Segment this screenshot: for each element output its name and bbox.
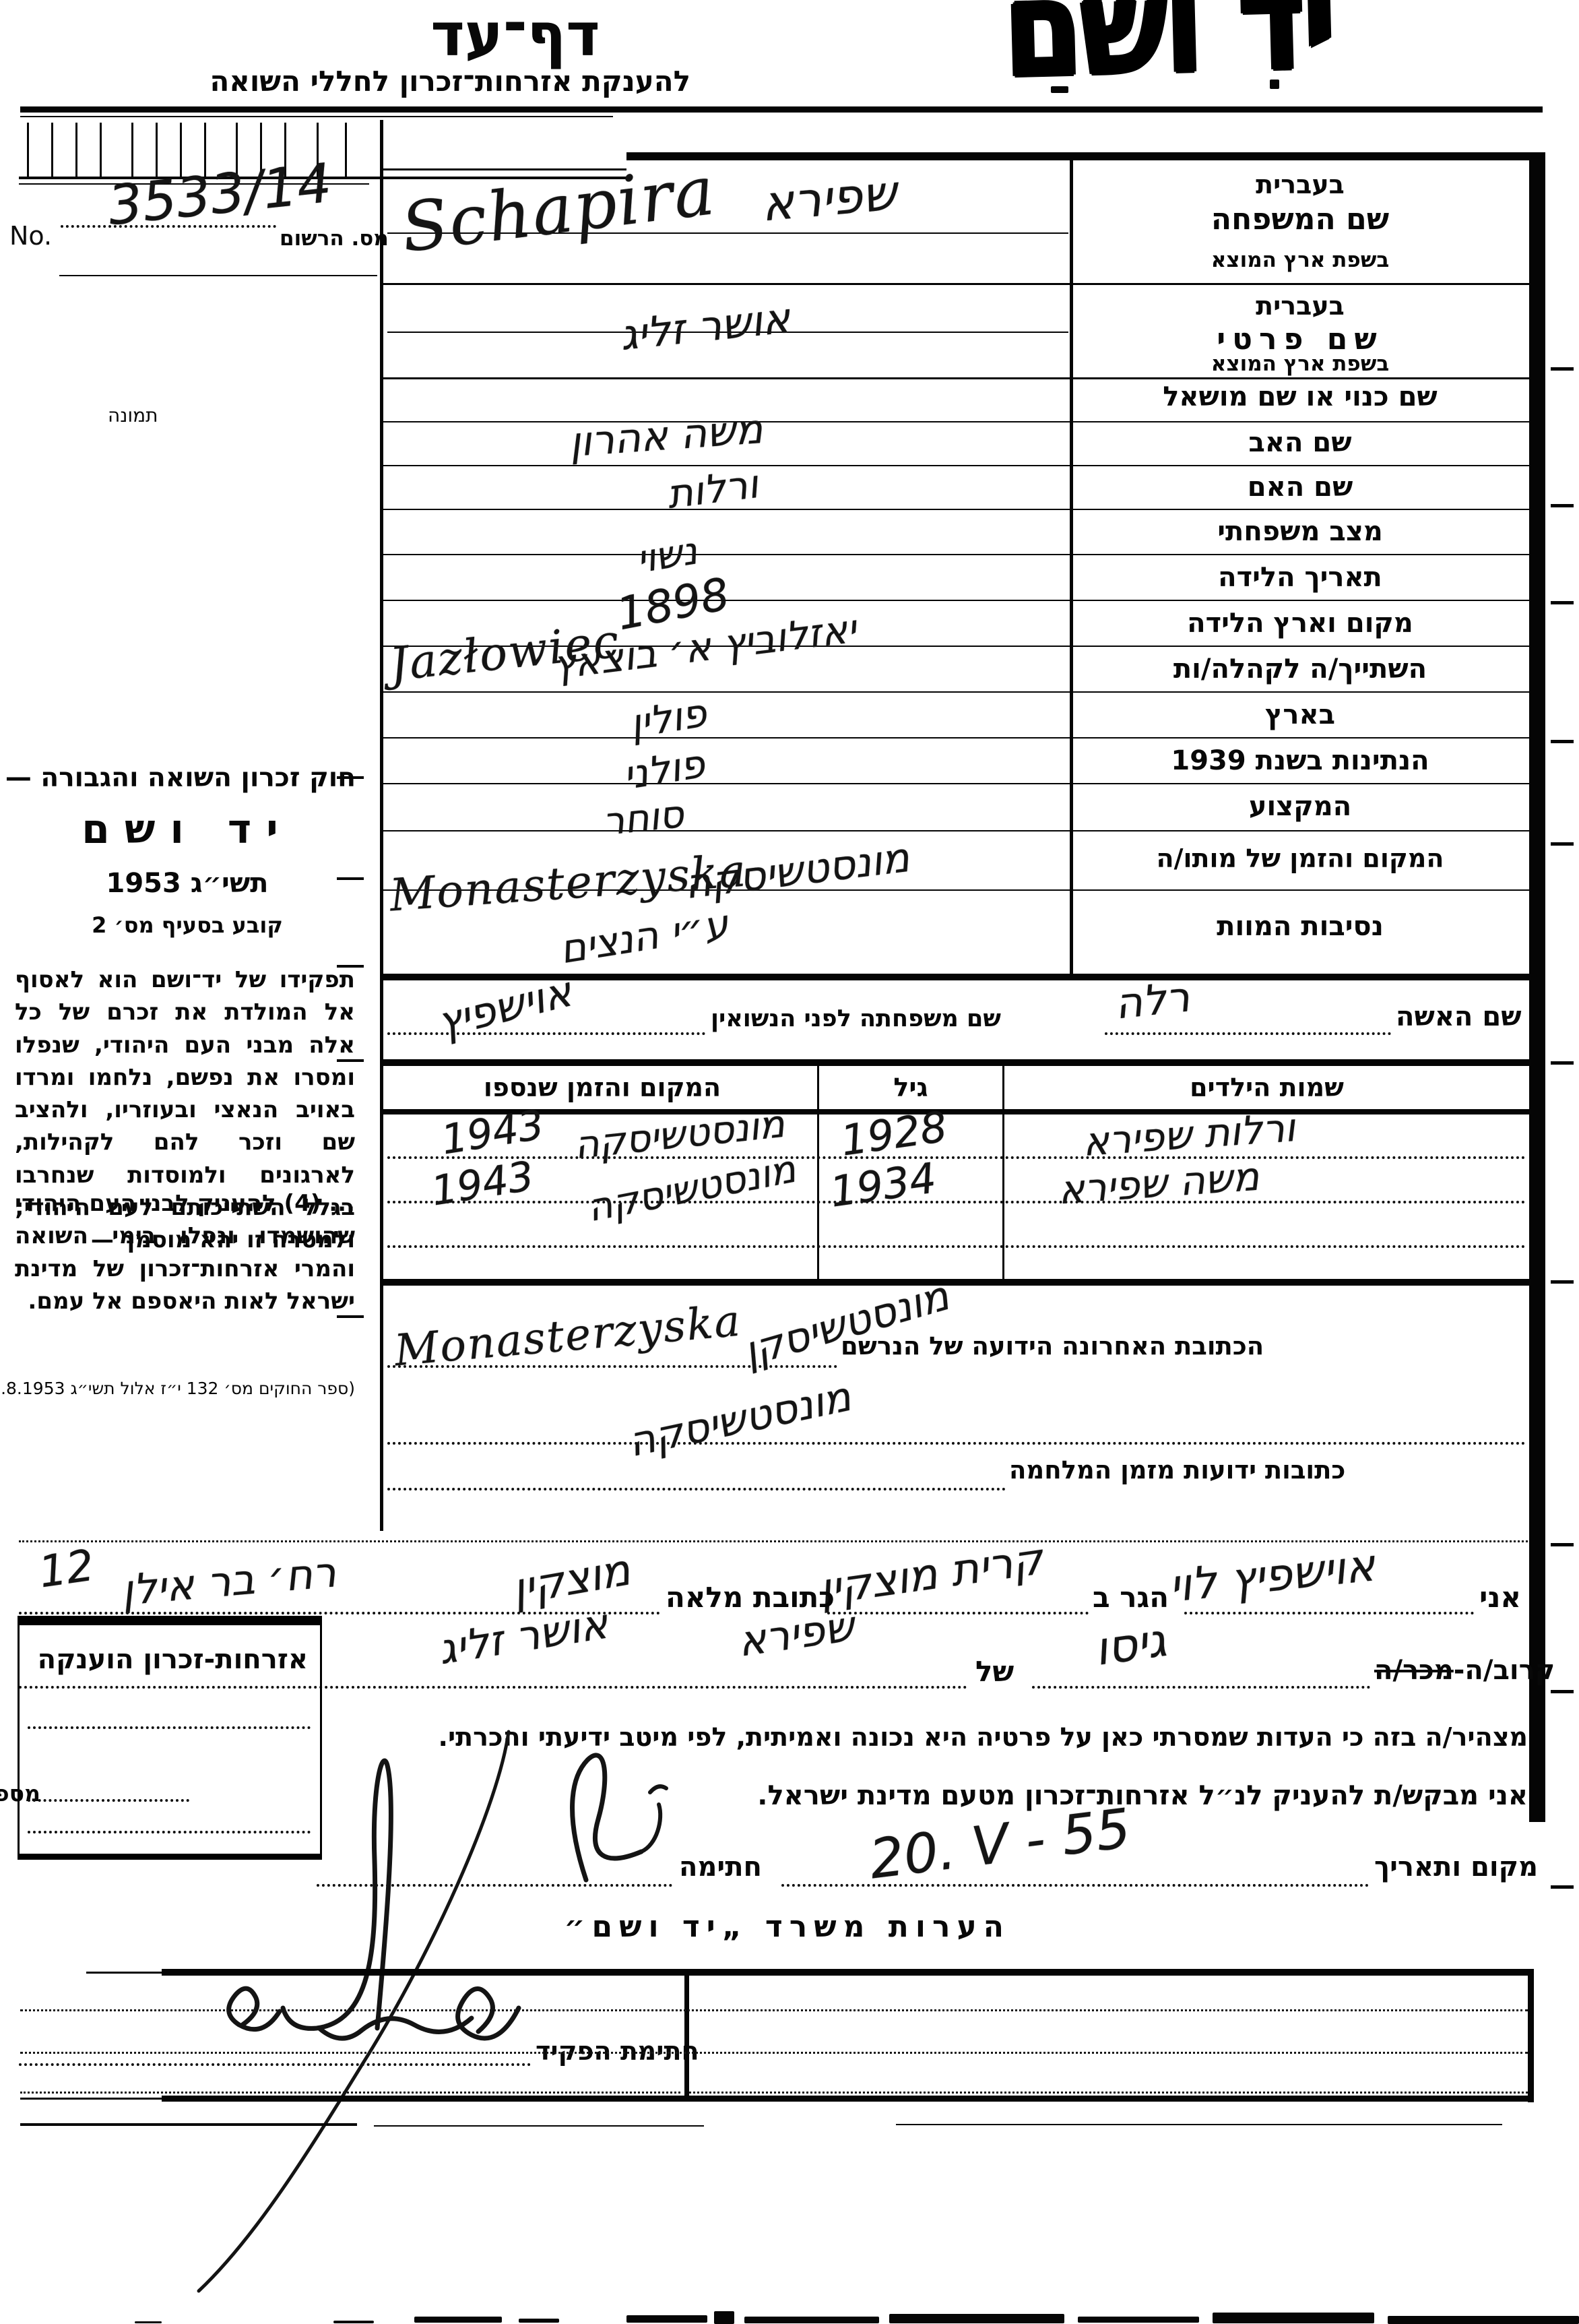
field-10-label: הנתינות בשנת 1939	[1078, 745, 1522, 776]
field-0-top: בעברית	[1078, 170, 1522, 199]
signature-label: חתימה	[679, 1852, 762, 1883]
row-line-3	[383, 465, 1529, 466]
field-1-top: בעברית	[1078, 291, 1522, 321]
war-address-dotted	[387, 1488, 1006, 1490]
field-10-value: פולני	[620, 741, 707, 798]
field-7-label: מקום וארץ הלידה	[1078, 608, 1522, 639]
last-address-latin: Monasterzyska	[393, 1296, 744, 1377]
field-0-label: שם המשפחה	[1078, 202, 1522, 237]
decl-request: אני מבקש/ת להעניק לנ״ל אזרחות־זכרון מטעם…	[492, 1780, 1528, 1811]
law-paragraph-2: ... (4) להעניק לבני העם היהודי שהושמדו ו…	[15, 1187, 355, 1317]
decl-full-addr-value-2: רח׳ בר אילן	[119, 1547, 337, 1615]
place-date-label: מקום ותאריך	[1374, 1852, 1538, 1883]
field-11-label: המקצוע	[1078, 791, 1522, 822]
decl-residing-label: הגר ב	[1093, 1581, 1169, 1614]
law-yad-vashem: יד ושם	[19, 806, 356, 853]
notes-dotted-3a	[20, 2092, 680, 2094]
field-2-label: שם כנוי או שם מושאל	[1078, 381, 1522, 412]
photo-label: תמונה	[108, 404, 158, 427]
law-footnote: (ספר החוקים מס׳ 132 י״ז אלול תשי״ג 28.8.…	[15, 1379, 355, 1398]
yad-vashem-logo-text: יד ושם	[1002, 0, 1335, 88]
reg-label: מס. הרשום	[280, 226, 389, 251]
office-notes-label: הערות משרד „יד ושם״	[593, 1910, 1010, 1944]
header-rule-2	[20, 116, 613, 117]
children-row-line-2	[387, 1201, 1526, 1203]
field-5-label: מצב משפחתי	[1078, 516, 1522, 547]
law-section: קובע בסעיף מס׳ 2	[19, 912, 356, 938]
decl-of-label: של	[975, 1655, 1014, 1688]
row-line-0	[383, 283, 1529, 285]
field-12-label: המקום והזמן של מותו/ה	[1078, 844, 1522, 873]
wife-maiden-label: שם משפחתה לפני הנשואין	[711, 1005, 1001, 1032]
logo-speck-1	[1051, 86, 1068, 93]
child-2-year: 1943	[428, 1152, 537, 1215]
clerk-signature-dotted	[19, 2063, 531, 2066]
law-year: תשי״ג 1953	[19, 868, 356, 899]
wife-maiden-dotted	[387, 1032, 705, 1035]
decl-rel-label-a: קרוב/ה	[1464, 1655, 1555, 1686]
no-underline	[59, 275, 377, 276]
row-line-11	[383, 830, 1529, 831]
notes-box-bottom-ext	[20, 2098, 162, 2100]
children-table-top	[383, 1059, 1529, 1066]
granted-dotted-1	[28, 1726, 311, 1729]
children-table-bottom	[383, 1279, 1529, 1286]
place-date-dotted	[781, 1884, 1369, 1887]
form-top-rule	[626, 152, 1543, 160]
registration-number-handwritten: 3533/14	[105, 152, 334, 237]
granted-dotted-2	[28, 1799, 189, 1802]
stray-line-1	[20, 2123, 357, 2126]
clerk-signature-label: חתימת הפקיד	[536, 2036, 699, 2066]
decl-statement: מצהיר/ה בזה כי העדות שמסרתי כאן על פרטיה…	[296, 1722, 1528, 1752]
field-11-value: סוחר	[601, 792, 686, 844]
decl-rel-dotted	[1032, 1686, 1370, 1689]
children-table-header-bottom	[383, 1109, 1529, 1114]
notes-box-top	[162, 1969, 1529, 1976]
decl-rel-label-b: מכר/ה	[1374, 1655, 1454, 1686]
field-13-value: ע״י הנצים	[556, 901, 732, 973]
law-heading: חוק זכרון השואה והגבורה —	[19, 763, 356, 793]
decl-rel-value: גיסו	[1091, 1614, 1169, 1676]
granted-dotted-3	[28, 1831, 311, 1833]
notes-dotted-1	[20, 2009, 1528, 2011]
section-dotted-long	[19, 1540, 1528, 1542]
children-header-place: המקום והזמן שנספו	[387, 1073, 817, 1102]
row-line-5	[383, 554, 1529, 555]
no-label: No.	[9, 221, 52, 251]
children-header-names: שמות הילדים	[1004, 1073, 1529, 1102]
field-8-label: השתייך/ה לקהלה/ות	[1078, 654, 1522, 685]
field-1-bottom: בשפת ארץ המוצא	[1078, 352, 1522, 376]
row-line-6	[383, 600, 1529, 601]
row-line-4	[383, 509, 1529, 510]
stray-line-2	[374, 2125, 704, 2127]
granted-no-label: מספר No.	[0, 1780, 40, 1807]
field-9-label: בארץ	[1078, 699, 1522, 730]
yad-vashem-logo: יד ושם	[942, 0, 1335, 88]
signature-dotted	[317, 1884, 672, 1887]
stray-line-3	[896, 2124, 1502, 2125]
row-line-9	[383, 737, 1529, 739]
granted-title: אזרחות-זכרון הוענקה	[38, 1644, 308, 1675]
row-line-1	[383, 377, 1529, 379]
field-1-value-hebrew: אושר זליג	[618, 293, 792, 360]
page-title: דף־עד	[404, 0, 626, 69]
notes-dotted-3b	[689, 2092, 1528, 2094]
field-6-label: תאריך הלידה	[1078, 562, 1522, 593]
children-row-line-1	[387, 1156, 1526, 1159]
address-dotted-2	[387, 1442, 1526, 1445]
granted-box: אזרחות-זכרון הוענקה מספר No.	[18, 1616, 322, 1860]
decl-rel-label: קרוב/ה-מכר/ה	[1374, 1655, 1555, 1686]
last-address-label: הכתובת האחרונה הידועה של הנרשם	[841, 1331, 1264, 1360]
notes-box-center-divider	[684, 1976, 689, 2097]
last-address-hebrew-2: מונסטשיסקה	[624, 1373, 855, 1466]
children-row-line-3	[387, 1245, 1526, 1248]
children-header-age: גיל	[819, 1073, 1002, 1102]
field-0-bottom: בשפת ארץ המוצא	[1078, 248, 1522, 272]
decl-residing-dotted	[827, 1612, 1089, 1614]
row-line-10	[383, 783, 1529, 784]
logo-speck-2	[1270, 80, 1279, 89]
decl-i-label: אני	[1479, 1581, 1521, 1614]
wife-value: רלה	[1112, 972, 1192, 1028]
decl-name-dotted	[1184, 1612, 1474, 1614]
form-left-border	[380, 120, 383, 1531]
decl-witness-name: אוישפיץ לוי	[1167, 1539, 1378, 1612]
page-subtitle: להענקת אזרחות־זכרון לחללי השואה	[212, 65, 690, 98]
header-rule	[20, 106, 1543, 113]
testimony-page: דף־עד להענקת אזרחות־זכרון לחללי השואה יד…	[0, 0, 1579, 2324]
decl-rel-label-sep: -	[1454, 1655, 1465, 1686]
row-line-2	[383, 421, 1529, 422]
notes-dotted-2	[20, 2052, 1528, 2054]
field-0-value-hebrew: שפירא	[759, 164, 899, 232]
wife-dotted	[1105, 1032, 1391, 1035]
notes-box-right	[1528, 1969, 1534, 2102]
wife-label: שם האשה	[1396, 1001, 1522, 1032]
granted-no-he: מספר	[0, 1780, 40, 1807]
row-line-8	[383, 691, 1529, 693]
field-3-value: משה אהרון	[568, 406, 765, 466]
decl-residing-value: קרית מוצקין	[816, 1534, 1045, 1615]
notes-box-top-ext	[86, 1972, 162, 1974]
war-address-label: כתובות ידועות מזמן המלחמה	[1009, 1455, 1345, 1484]
field-12-value-hebrew: מונסטשיסקה	[682, 834, 912, 908]
decl-full-addr-value-3: 12	[36, 1541, 97, 1598]
field-4-label: שם האם	[1078, 472, 1522, 503]
field-13-label: נסיבות המוות	[1078, 911, 1522, 942]
notes-box-bottom	[162, 2096, 1529, 2102]
form-right-border	[1529, 152, 1545, 1822]
field-3-label: שם האב	[1078, 427, 1522, 458]
